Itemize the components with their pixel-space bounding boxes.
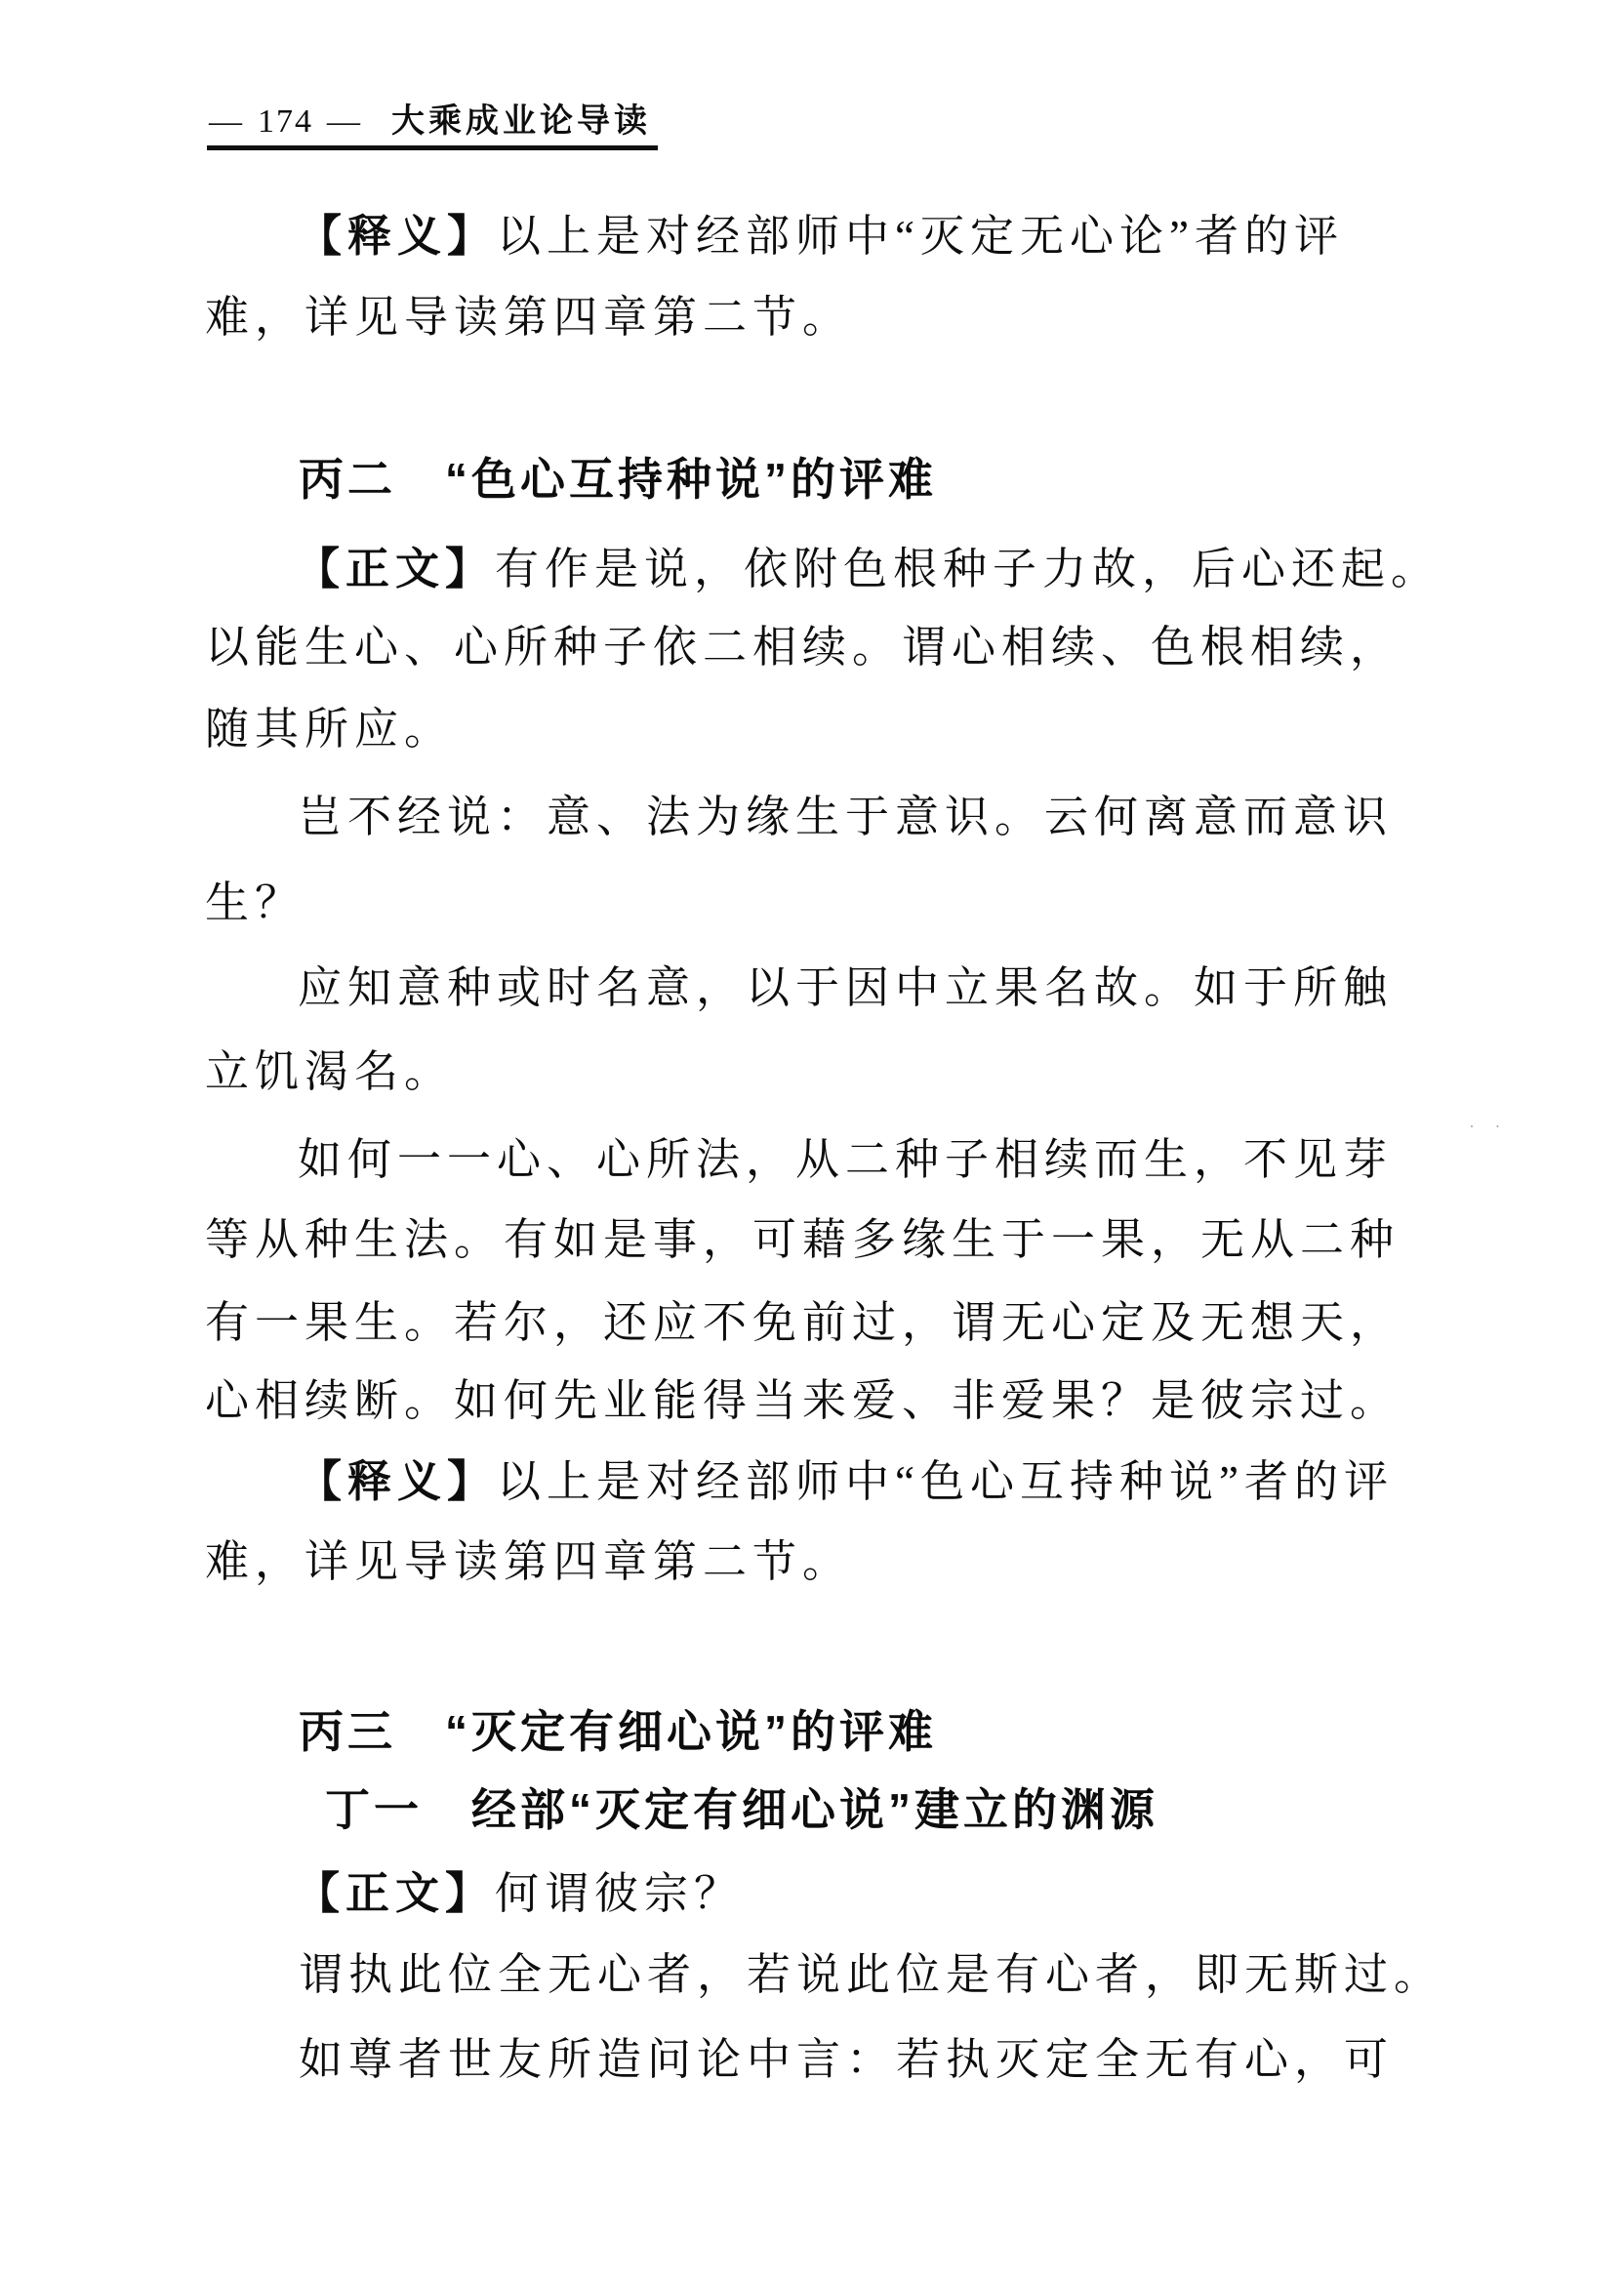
header-dash-right: —	[327, 103, 362, 140]
line-text: 立饥渴名。	[205, 1047, 454, 1096]
shiyi-label: 【释义】	[298, 1457, 497, 1506]
paragraph-line: 心相续断。如何先业能得当来爱、非爱果？是彼宗过。	[205, 1379, 1400, 1423]
paragraph-line: 谓执此位全无心者，若说此位是有心者，即无斯过。	[299, 1953, 1443, 1997]
paragraph-line: 立饥渴名。	[205, 1050, 454, 1094]
paragraph-line: 应知意种或时名意，以于因中立果名故。如于所触	[298, 966, 1393, 1010]
heading-text: 丁一 经部“灭定有细心说”建立的渊源	[325, 1784, 1158, 1835]
heading-text: 丙三 “灭定有细心说”的评难	[299, 1706, 937, 1757]
line-text: 应知意种或时名意，以于因中立果名故。如于所触	[298, 963, 1393, 1012]
header-dash-left: —	[209, 103, 244, 140]
line-text: 岂不经说：意、法为缘生于意识。云何离意而意识	[298, 793, 1393, 841]
line-text: 以能生心、心所种子依二相续。谓心相续、色根相续，	[205, 623, 1400, 672]
paragraph-line: 如尊者世友所造问论中言：若执灭定全无有心，可	[299, 2038, 1394, 2082]
paragraph-line: 等从种生法。有如是事，可藉多缘生于一果，无从二种	[205, 1218, 1400, 1262]
paragraph-line: 难，详见导读第四章第二节。	[205, 296, 852, 340]
header-rule	[207, 145, 658, 150]
line-text: 以上是对经部师中“色心互持种说”者的评	[497, 1457, 1394, 1506]
paragraph-line: 如何一一心、心所法，从二种子相续而生，不见芽	[298, 1138, 1393, 1182]
section-heading-bing2: 丙二 “色心互持种说”的评难	[299, 457, 937, 502]
line-text: 如尊者世友所造问论中言：若执灭定全无有心，可	[299, 2035, 1394, 2084]
line-text: 谓执此位全无心者，若说此位是有心者，即无斯过。	[299, 1950, 1443, 1999]
shiyi-label: 【释义】	[298, 212, 497, 261]
scan-artifact-dots: · ·	[1469, 1118, 1509, 1135]
line-text: 有一果生。若尔，还应不免前过，谓无心定及无想天，	[205, 1298, 1400, 1347]
line-text: 何谓彼宗？	[495, 1869, 744, 1918]
paragraph-line: 【释义】以上是对经部师中“灭定无心论”者的评	[298, 215, 1344, 259]
paragraph-line: 以能生心、心所种子依二相续。谓心相续、色根相续，	[205, 626, 1400, 670]
line-text: 难，详见导读第四章第二节。	[205, 1537, 852, 1586]
line-text: 如何一一心、心所法，从二种子相续而生，不见芽	[298, 1135, 1393, 1184]
section-heading-ding1: 丁一 经部“灭定有细心说”建立的渊源	[325, 1787, 1158, 1832]
book-title: 大乘成业论导读	[391, 103, 651, 140]
line-text: 心相续断。如何先业能得当来爱、非爱果？是彼宗过。	[205, 1376, 1400, 1425]
zhengwen-label: 【正文】	[296, 1869, 495, 1918]
running-head: —174—大乘成业论导读	[209, 105, 651, 139]
zhengwen-label: 【正文】	[296, 545, 495, 593]
section-heading-bing3: 丙三 “灭定有细心说”的评难	[299, 1709, 937, 1754]
paragraph-line: 岂不经说：意、法为缘生于意识。云何离意而意识	[298, 795, 1393, 839]
paragraph-line: 【释义】以上是对经部师中“色心互持种说”者的评	[298, 1460, 1394, 1504]
paragraph-line: 有一果生。若尔，还应不免前过，谓无心定及无想天，	[205, 1301, 1400, 1345]
paragraph-line: 【正文】何谓彼宗？	[296, 1872, 744, 1916]
line-text: 以上是对经部师中“灭定无心论”者的评	[497, 212, 1344, 261]
line-text: 生？	[205, 878, 304, 927]
line-text: 难，详见导读第四章第二节。	[205, 293, 852, 342]
line-text: 等从种生法。有如是事，可藉多缘生于一果，无从二种	[205, 1215, 1400, 1264]
book-page: —174—大乘成业论导读 【释义】以上是对经部师中“灭定无心论”者的评 难，详见…	[0, 0, 1624, 2284]
page-number: 174	[258, 103, 313, 140]
line-text: 有作是说，依附色根种子力故，后心还起。	[495, 545, 1441, 593]
heading-text: 丙二 “色心互持种说”的评难	[299, 454, 937, 505]
paragraph-line: 【正文】有作是说，依附色根种子力故，后心还起。	[296, 548, 1441, 591]
paragraph-line: 难，详见导读第四章第二节。	[205, 1540, 852, 1584]
paragraph-line: 随其所应。	[205, 708, 454, 752]
line-text: 随其所应。	[205, 705, 454, 754]
paragraph-line: 生？	[205, 881, 304, 925]
